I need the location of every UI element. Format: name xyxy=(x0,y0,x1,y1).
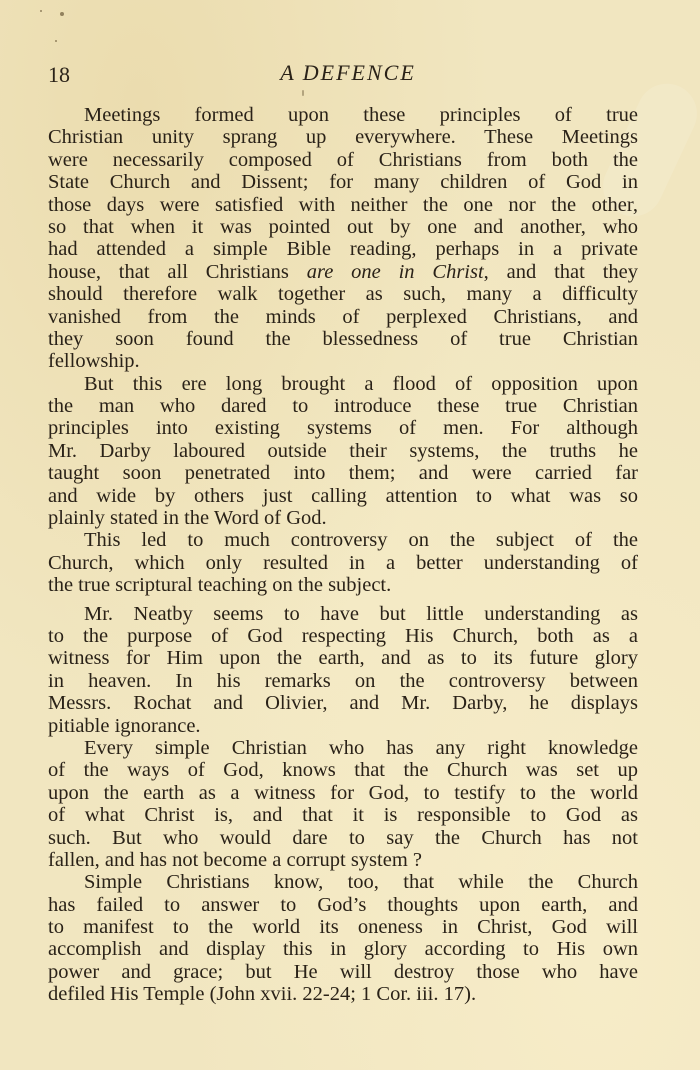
text-line: to the purpose of God respecting His Chu… xyxy=(48,625,638,647)
text-line: such. But who would dare to say the Chur… xyxy=(48,827,638,849)
paragraph-3: This led to much controversy on the subj… xyxy=(48,529,638,596)
text-line: the man who dared to introduce these tru… xyxy=(48,395,638,417)
text-line: and wide by others just calling attentio… xyxy=(48,485,638,507)
ink-speck xyxy=(40,10,42,12)
text-line: fellowship. xyxy=(48,350,638,372)
text-line: in heaven. In his remarks on the controv… xyxy=(48,670,638,692)
text-line: Mr. Darby laboured outside their systems… xyxy=(48,440,638,462)
text-line: Simple Christians know, too, that while … xyxy=(48,871,638,893)
text-line: witness for Him upon the earth, and as t… xyxy=(48,647,638,669)
text-line: so that when it was pointed out by one a… xyxy=(48,216,638,238)
text-line: should therefore walk together as such, … xyxy=(48,283,638,305)
text-line: defiled His Temple (John xvii. 22-24; 1 … xyxy=(48,983,638,1005)
text-line: Messrs. Rochat and Olivier, and Mr. Darb… xyxy=(48,692,638,714)
paragraph-1: Meetings formed upon these principles of… xyxy=(48,104,638,373)
text-line: has failed to answer to God’s thoughts u… xyxy=(48,894,638,916)
ink-speck xyxy=(302,90,304,96)
text-line: Every simple Christian who has any right… xyxy=(48,737,638,759)
body-text: Meetings formed upon these principles of… xyxy=(48,104,638,1006)
italic-emphasis: are one in Christ xyxy=(307,261,484,283)
text-line: plainly stated in the Word of God. xyxy=(48,507,638,529)
text-segment: house, that all Christians xyxy=(48,261,307,283)
paragraph-5: Every simple Christian who has any right… xyxy=(48,737,638,871)
text-segment: , and that they xyxy=(484,261,638,283)
text-line: taught soon penetrated into them; and we… xyxy=(48,462,638,484)
text-line: upon the earth as a witness for God, to … xyxy=(48,782,638,804)
text-line: of what Christ is, and that it is respon… xyxy=(48,804,638,826)
text-line: fallen, and has not become a corrupt sys… xyxy=(48,849,638,871)
text-line: State Church and Dissent; for many child… xyxy=(48,171,638,193)
ink-speck xyxy=(60,12,64,16)
text-line: Meetings formed upon these principles of… xyxy=(48,104,638,126)
text-line: had attended a simple Bible reading, per… xyxy=(48,238,638,260)
text-line: of the ways of God, knows that the Churc… xyxy=(48,759,638,781)
text-line: Mr. Neatby seems to have but little unde… xyxy=(48,603,638,625)
text-line: accomplish and display this in glory acc… xyxy=(48,938,638,960)
text-line: to manifest to the world its oneness in … xyxy=(48,916,638,938)
running-head: 18 A DEFENCE xyxy=(48,58,648,88)
text-line: power and grace; but He will destroy tho… xyxy=(48,961,638,983)
text-line: vanished from the minds of perplexed Chr… xyxy=(48,306,638,328)
paragraph-4: Mr. Neatby seems to have but little unde… xyxy=(48,603,638,737)
text-line: But this ere long brought a flood of opp… xyxy=(48,373,638,395)
running-title: A DEFENCE xyxy=(48,60,628,86)
text-line: pitiable ignorance. xyxy=(48,715,638,737)
paragraph-2: But this ere long brought a flood of opp… xyxy=(48,373,638,530)
text-line: This led to much controversy on the subj… xyxy=(48,529,638,551)
text-line: house, that all Christians are one in Ch… xyxy=(48,261,638,283)
text-line: those days were satisfied with neither t… xyxy=(48,194,638,216)
text-line: principles into existing systems of men.… xyxy=(48,417,638,439)
text-line: they soon found the blessedness of true … xyxy=(48,328,638,350)
paragraph-6: Simple Christians know, too, that while … xyxy=(48,871,638,1005)
ink-speck xyxy=(55,40,57,42)
book-page: 18 A DEFENCE Meetings formed upon these … xyxy=(0,0,700,1070)
text-line: were necessarily composed of Christians … xyxy=(48,149,638,171)
text-line: Church, which only resulted in a better … xyxy=(48,552,638,574)
text-line: Christian unity sprang up everywhere. Th… xyxy=(48,126,638,148)
text-line: the true scriptural teaching on the subj… xyxy=(48,574,638,596)
